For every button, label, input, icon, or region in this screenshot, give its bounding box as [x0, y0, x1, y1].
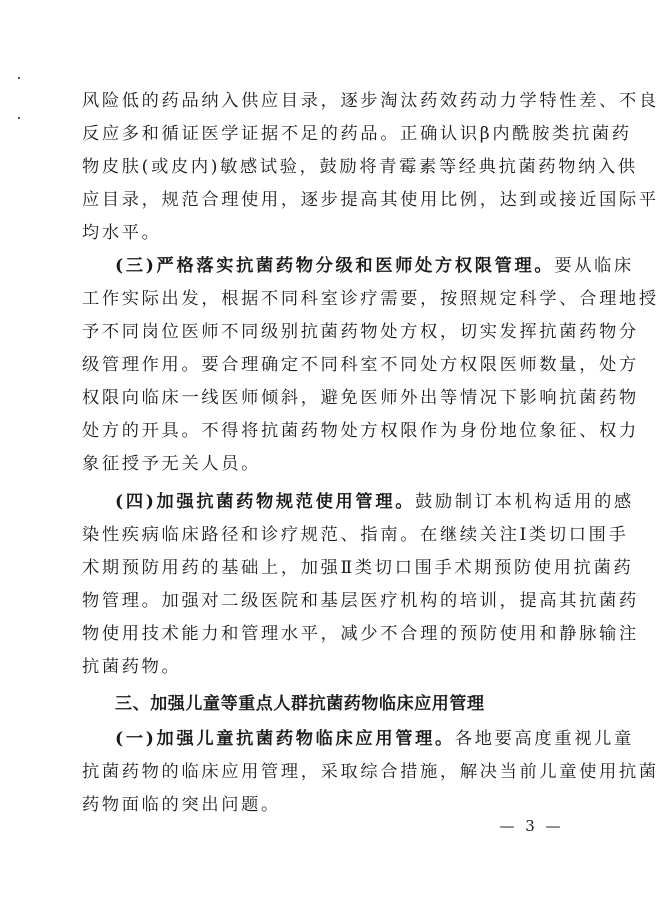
- paragraph-lead-line: (三)严格落实抗菌药物分级和医师处方权限管理。要从临床: [115, 250, 576, 283]
- paragraph-lead-line: (四)加强抗菌药物规范使用管理。鼓励制订本机构适用的感: [115, 486, 576, 519]
- subsection-title: (三)严格落实抗菌药物分级和医师处方权限管理。: [115, 256, 554, 276]
- text-run: 各地要高度重视儿童: [455, 729, 634, 749]
- text-run: 要从临床: [554, 256, 634, 276]
- text-line: 术期预防用药的基础上，加强Ⅱ类切口围手术期预防使用抗菌药: [82, 552, 576, 585]
- text-line: 权限向临床一线医师倾斜，避免医师外出等情况下影响抗菌药物: [82, 382, 576, 415]
- text-line: 象征授予无关人员。: [82, 448, 576, 481]
- subsection-title: (一)加强儿童抗菌药物临床应用管理。: [115, 729, 455, 749]
- text-run: 鼓励制订本机构适用的感: [415, 492, 634, 512]
- text-line: 工作实际出发，根据不同科室诊疗需要，按照规定科学、合理地授: [82, 283, 576, 316]
- page-number: — 3 —: [494, 813, 566, 839]
- text-line: 物使用技术能力和管理水平，减少不合理的预防使用和静脉输注: [82, 618, 576, 651]
- text-line: 反应多和循证医学证据不足的药品。正确认识β内酰胺类抗菌药: [82, 118, 576, 151]
- text-line: 级管理作用。要合理确定不同科室不同处方权限医师数量，处方: [82, 349, 576, 382]
- text-line: 予不同岗位医师不同级别抗菌药物处方权，切实发挥抗菌药物分: [82, 316, 576, 349]
- text-line: 物管理。加强对二级医院和基层医疗机构的培训，提高其抗菌药: [82, 585, 576, 618]
- scan-speck: [18, 117, 20, 119]
- text-line: 染性疾病临床路径和诊疗规范、指南。在继续关注Ⅰ类切口围手: [82, 519, 576, 552]
- paragraph-lead-line: (一)加强儿童抗菌药物临床应用管理。各地要高度重视儿童: [115, 723, 576, 756]
- section-heading: 三、加强儿童等重点人群抗菌药物临床应用管理: [115, 688, 485, 721]
- scan-speck: [18, 77, 20, 79]
- document-page: 风险低的药品纳入供应目录，逐步淘汰药效药动力学特性差、不良 反应多和循证医学证据…: [0, 0, 661, 923]
- text-line: 处方的开具。不得将抗菌药物处方权限作为身份地位象征、权力: [82, 415, 576, 448]
- text-line: 风险低的药品纳入供应目录，逐步淘汰药效药动力学特性差、不良: [82, 85, 576, 118]
- text-line: 抗菌药物。: [82, 651, 576, 684]
- text-line: 抗菌药物的临床应用管理，采取综合措施，解决当前儿童使用抗菌: [82, 756, 576, 789]
- text-line: 均水平。: [82, 217, 576, 250]
- text-line: 物皮肤(或皮内)敏感试验，鼓励将青霉素等经典抗菌药物纳入供: [82, 151, 576, 184]
- text-line: 应目录，规范合理使用，逐步提高其使用比例，达到或接近国际平: [82, 184, 576, 217]
- subsection-title: (四)加强抗菌药物规范使用管理。: [115, 492, 415, 512]
